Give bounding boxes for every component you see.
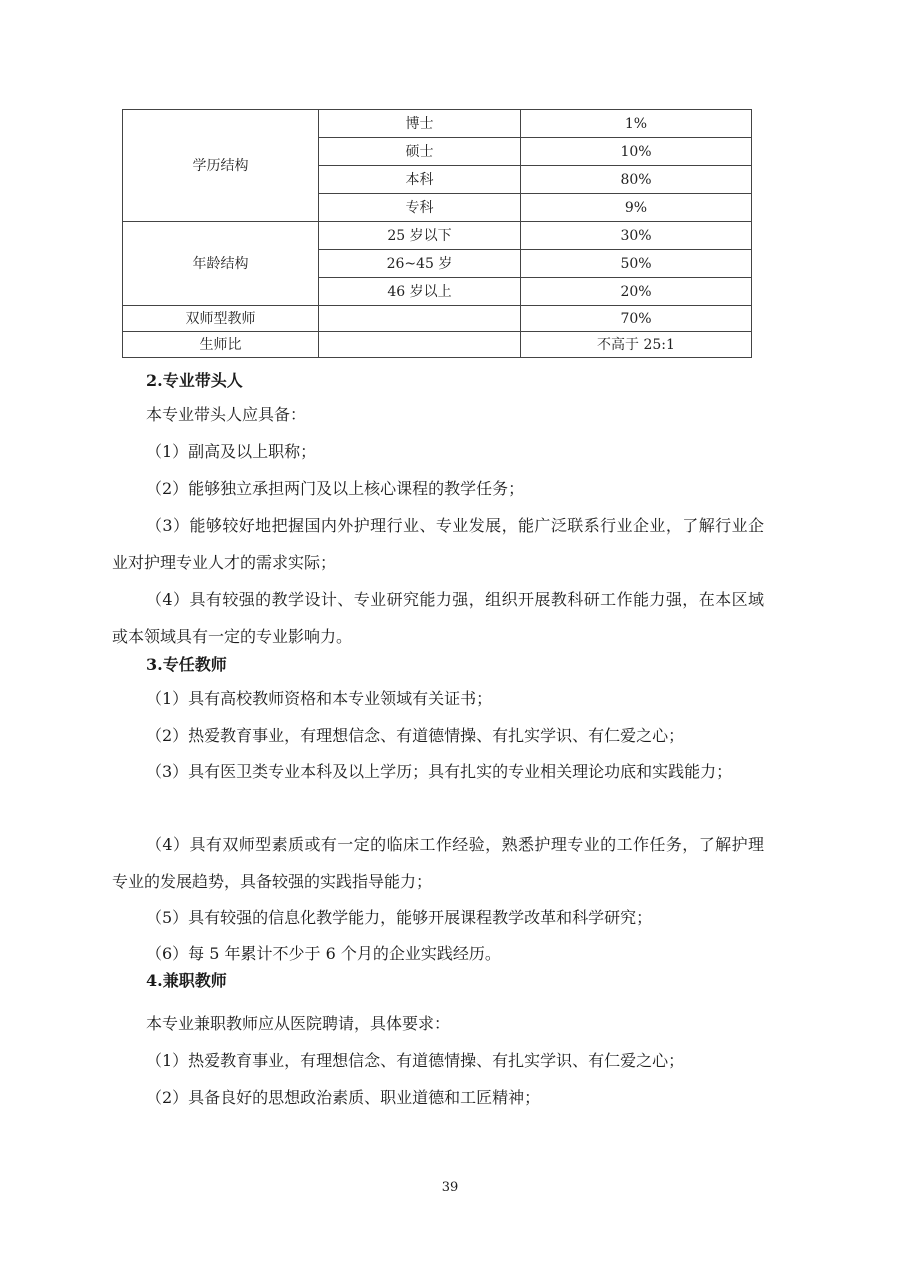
list-item: （2）能够独立承担两门及以上核心课程的教学任务； <box>112 470 764 507</box>
table-value-cell: 50% <box>521 250 752 278</box>
list-item: （6）每 5 年累计不少于 6 个月的企业实践经历。 <box>112 935 764 972</box>
table-group-cell: 学历结构 <box>123 110 319 222</box>
table-value-cell: 30% <box>521 222 752 250</box>
table-value-cell: 70% <box>521 306 752 332</box>
table-row: 年龄结构 25 岁以下 30% <box>123 222 752 250</box>
section-heading: 3.专任教师 <box>146 652 227 675</box>
table-value-cell: 不高于 25:1 <box>521 332 752 358</box>
table-item-cell: 本科 <box>319 166 521 194</box>
table-item-cell: 专科 <box>319 194 521 222</box>
list-item: （5）具有较强的信息化教学能力，能够开展课程教学改革和科学研究； <box>112 899 764 936</box>
table-value-cell: 9% <box>521 194 752 222</box>
list-item: （1）副高及以上职称； <box>112 433 764 470</box>
list-item: （4）具有双师型素质或有一定的临床工作经验，熟悉护理专业的工作任务，了解护理专业… <box>112 826 764 900</box>
staffing-structure-table: 学历结构 博士 1% 硕士 10% 本科 80% 专科 9% 年龄结构 25 岁… <box>122 109 752 358</box>
table-item-cell: 博士 <box>319 110 521 138</box>
table-group-cell: 生师比 <box>123 332 319 358</box>
table-row: 生师比 不高于 25:1 <box>123 332 752 358</box>
table-item-cell: 硕士 <box>319 138 521 166</box>
paragraph: 本专业兼职教师应从医院聘请，具体要求： <box>112 1005 764 1042</box>
document-page: 学历结构 博士 1% 硕士 10% 本科 80% 专科 9% 年龄结构 25 岁… <box>0 0 900 1272</box>
table-row: 双师型教师 70% <box>123 306 752 332</box>
section-heading: 2.专业带头人 <box>146 368 243 391</box>
table-group-cell: 双师型教师 <box>123 306 319 332</box>
paragraph: 本专业带头人应具备： <box>112 396 764 433</box>
list-item: （3）具有医卫类专业本科及以上学历；具有扎实的专业相关理论功底和实践能力； <box>112 753 764 790</box>
table-item-cell: 25 岁以下 <box>319 222 521 250</box>
table-item-cell <box>319 332 521 358</box>
table-row: 学历结构 博士 1% <box>123 110 752 138</box>
table-item-cell: 26~45 岁 <box>319 250 521 278</box>
table-value-cell: 20% <box>521 278 752 306</box>
section-heading: 4.兼职教师 <box>146 968 227 991</box>
table-value-cell: 10% <box>521 138 752 166</box>
list-item: （2）具备良好的思想政治素质、职业道德和工匠精神； <box>112 1079 764 1116</box>
table-group-cell: 年龄结构 <box>123 222 319 306</box>
page-number: 39 <box>0 1180 900 1195</box>
table-item-cell <box>319 306 521 332</box>
list-item: （1）具有高校教师资格和本专业领域有关证书； <box>112 680 764 717</box>
list-item: （1）热爱教育事业，有理想信念、有道德情操、有扎实学识、有仁爱之心； <box>112 1042 764 1079</box>
list-item: （4）具有较强的教学设计、专业研究能力强，组织开展教科研工作能力强，在本区域或本… <box>112 581 764 655</box>
table-value-cell: 80% <box>521 166 752 194</box>
list-item: （3）能够较好地把握国内外护理行业、专业发展，能广泛联系行业企业，了解行业企业对… <box>112 507 764 581</box>
list-item: （2）热爱教育事业，有理想信念、有道德情操、有扎实学识、有仁爱之心； <box>112 717 764 754</box>
table-value-cell: 1% <box>521 110 752 138</box>
table-item-cell: 46 岁以上 <box>319 278 521 306</box>
